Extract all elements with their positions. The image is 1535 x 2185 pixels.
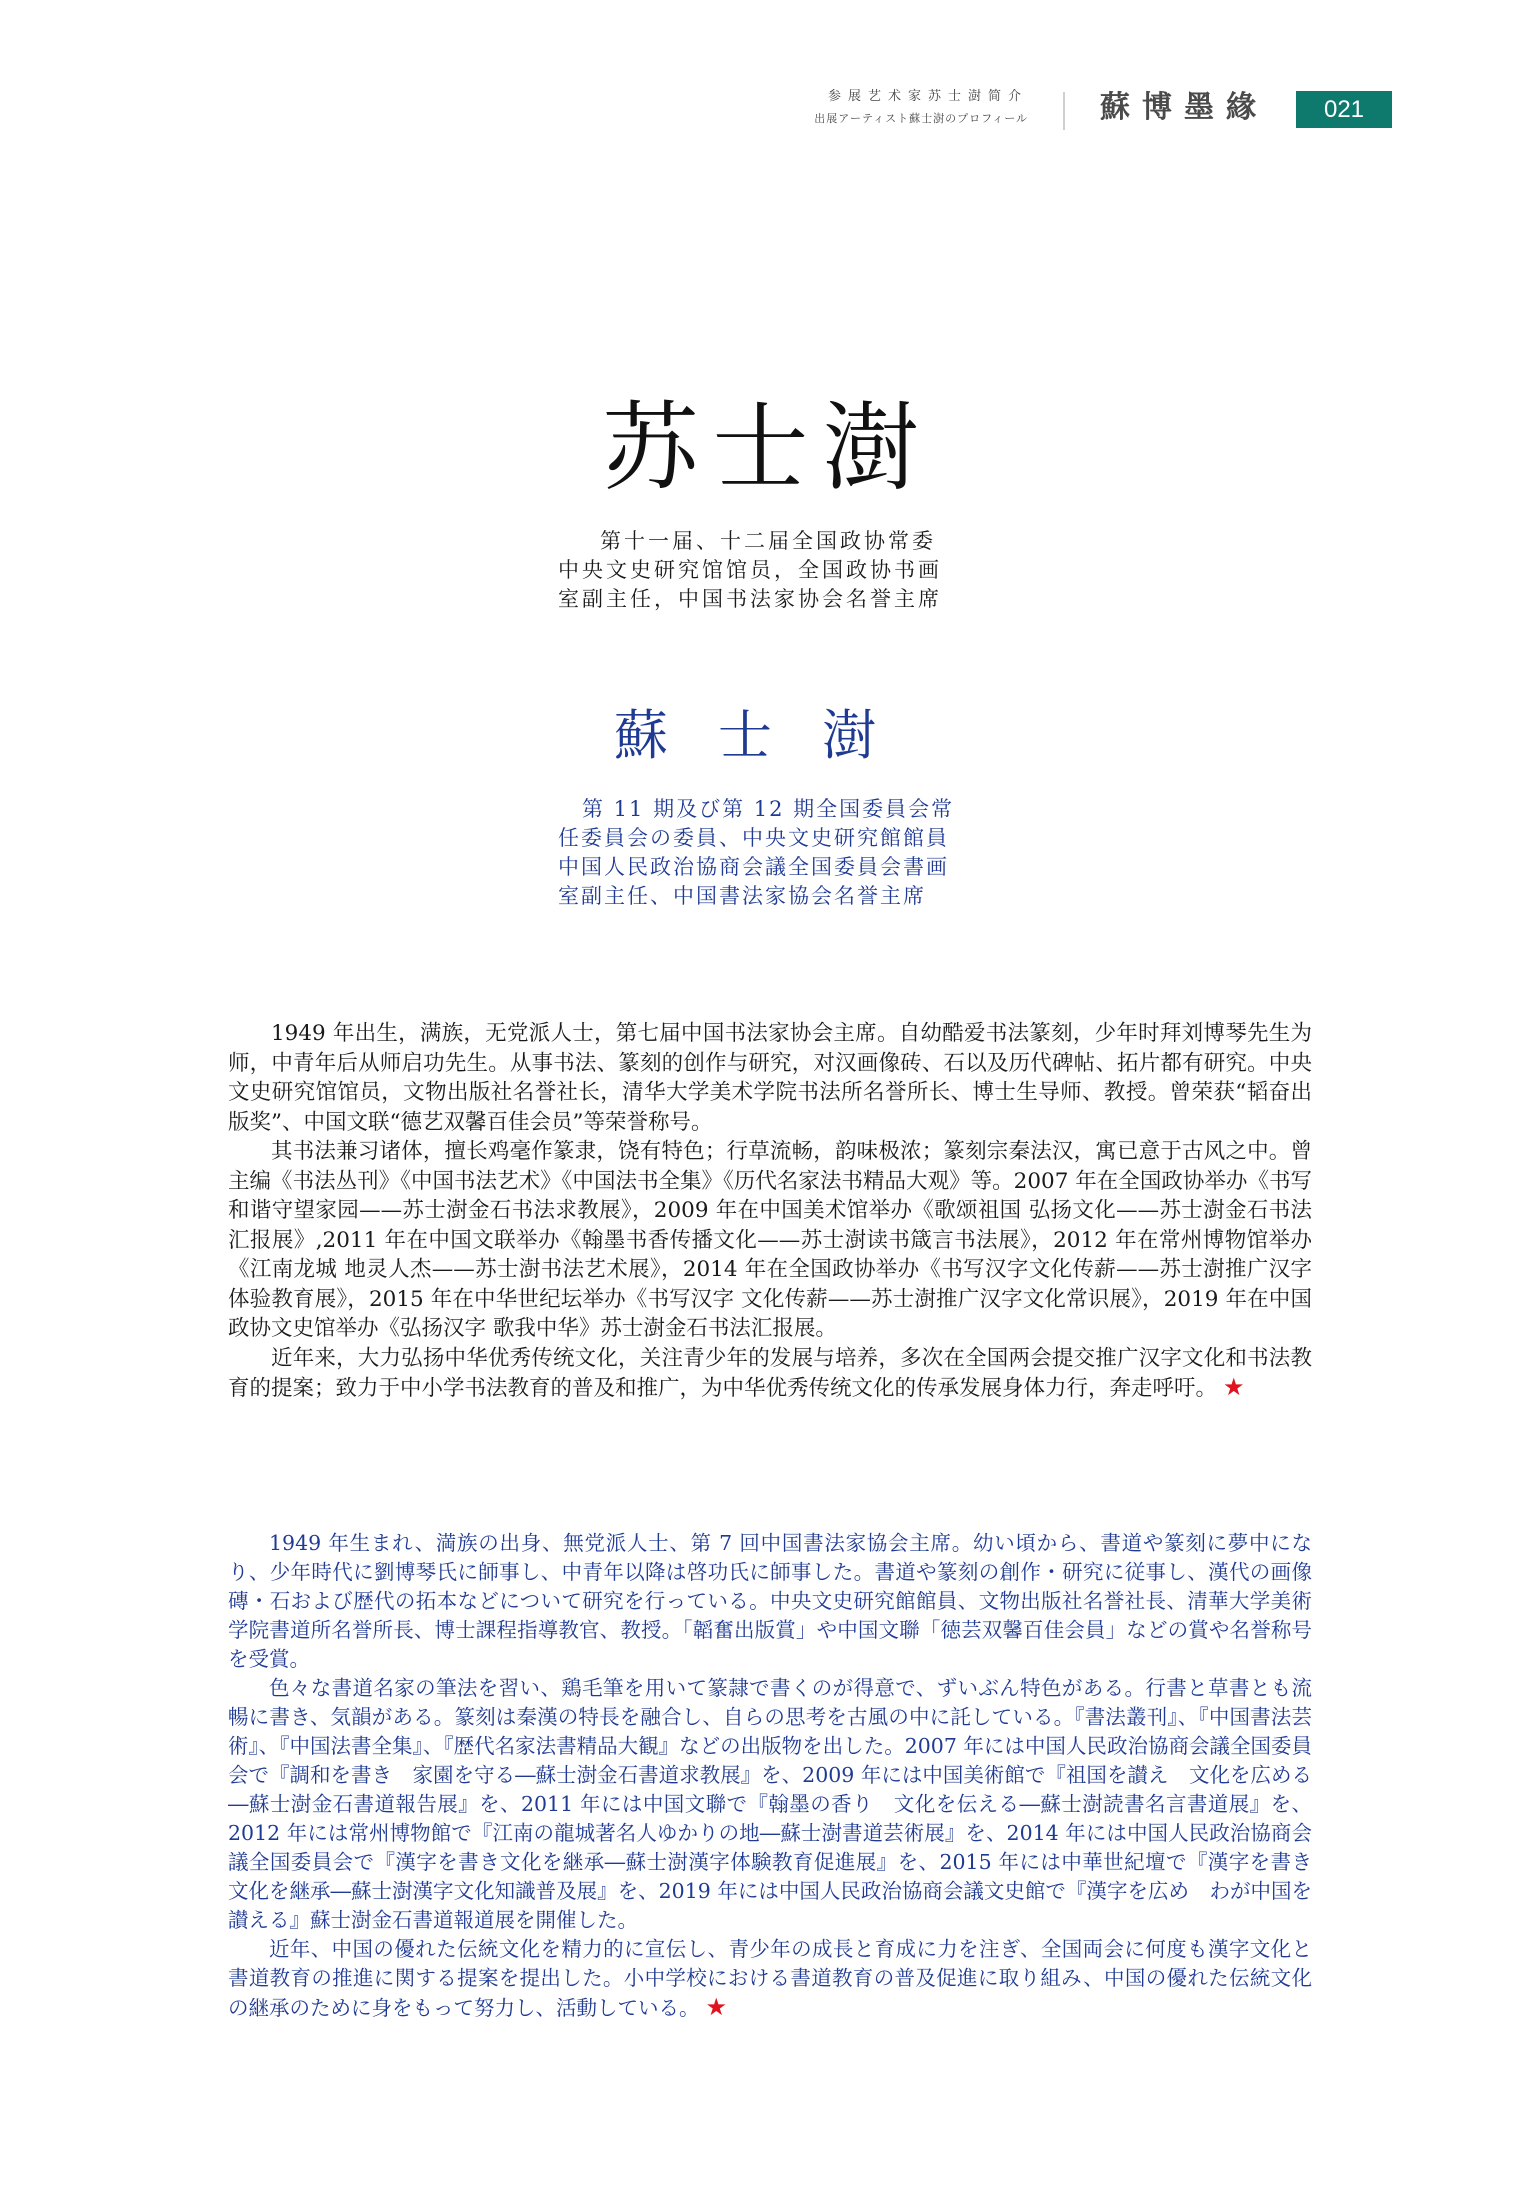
bio-paragraph-text: 近年、中国の優れた伝統文化を精力的に宣伝し、青少年の成長と育成に力を注ぎ、全国両… <box>228 1937 1312 2020</box>
bio-paragraph: 1949 年出生，满族，无党派人士，第七届中国书法家协会主席。自幼酷爱书法篆刻，… <box>228 1019 1312 1137</box>
title-line: 任委員会の委員、中央文史研究館館員 <box>558 824 998 853</box>
title-line: 第十一届、十二届全国政协常委 <box>558 527 998 556</box>
bio-paragraph: 1949 年生まれ、満族の出身、無党派人士、第 7 回中国書法家協会主席。幼い頃… <box>228 1529 1312 1674</box>
title-line: 第 11 期及び第 12 期全国委員会常 <box>558 795 998 824</box>
bio-paragraph: 其书法兼习诸体，擅长鸡毫作篆隶，饶有特色；行草流畅，韵味极浓；篆刻宗秦法汉，寓已… <box>228 1137 1312 1344</box>
bio-paragraph: 色々な書道名家の筆法を習い、鶏毛筆を用いて篆隷で書くのが得意で、ずいぶん特色があ… <box>228 1674 1312 1935</box>
bio-paragraph: 近年来，大力弘扬中华优秀传统文化，关注青少年的发展与培养，多次在全国两会提交推广… <box>228 1344 1312 1404</box>
artist-titles-jp: 第 11 期及び第 12 期全国委員会常 任委員会の委員、中央文史研究館館員 中… <box>558 795 998 911</box>
biography-cn: 1949 年出生，满族，无党派人士，第七届中国书法家协会主席。自幼酷爱书法篆刻，… <box>228 1019 1312 1404</box>
bio-paragraph-text: 近年来，大力弘扬中华优秀传统文化，关注青少年的发展与培养，多次在全国两会提交推广… <box>228 1346 1312 1402</box>
star-icon: ★ <box>706 1993 728 2021</box>
biography-jp: 1949 年生まれ、満族の出身、無党派人士、第 7 回中国書法家協会主席。幼い頃… <box>228 1529 1312 2023</box>
page-number-badge: 021 <box>1296 91 1392 128</box>
artist-name-jp: 蘇士澍 <box>560 700 980 772</box>
title-line: 室副主任，中国书法家协会名誉主席 <box>558 585 998 614</box>
star-icon: ★ <box>1223 1373 1245 1401</box>
artist-titles-cn: 第十一届、十二届全国政协常委 中央文史研究馆馆员，全国政协书画 室副主任，中国书… <box>558 527 998 614</box>
section-title-jp: 出展アーティスト蘇士澍のプロフィール <box>788 110 1028 128</box>
title-line: 室副主任、中国書法家協会名誉主席 <box>558 882 998 911</box>
artist-name-cn: 苏士澍 <box>540 388 995 508</box>
bio-paragraph: 近年、中国の優れた伝統文化を精力的に宣伝し、青少年の成長と育成に力を注ぎ、全国両… <box>228 1935 1312 2023</box>
header-divider <box>1063 92 1065 130</box>
title-line: 中国人民政治協商会議全国委員会書画 <box>558 853 998 882</box>
seal-script-logo: 蘇博墨緣 <box>1100 88 1268 128</box>
section-header: 参展艺术家苏士澍简介 出展アーティスト蘇士澍のプロフィール <box>788 88 1028 128</box>
title-line: 中央文史研究馆馆员，全国政协书画 <box>558 556 998 585</box>
section-title-cn: 参展艺术家苏士澍简介 <box>788 88 1028 106</box>
